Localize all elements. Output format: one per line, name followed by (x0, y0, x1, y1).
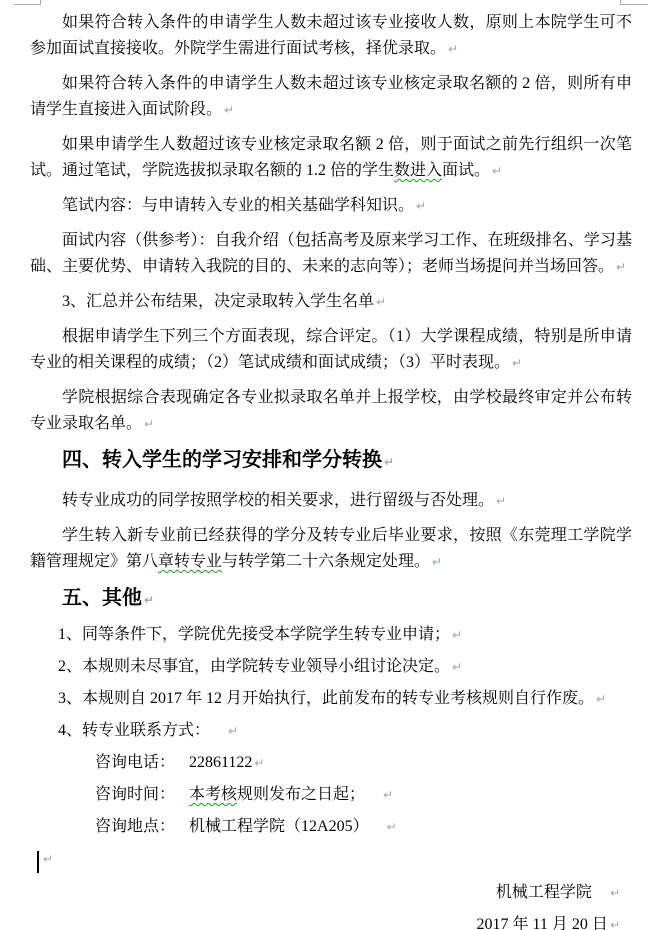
paragraph-mark-icon: ↵ (416, 199, 426, 213)
paragraph-mark-icon: ↵ (492, 164, 502, 178)
paragraph-text: 如果符合转入条件的申请学生人数未超过该专业核定录取名额的 2 倍，则所有申请学生… (30, 75, 632, 118)
text-boundary-mark-top-right (620, 0, 621, 5)
list-item-text: 1、同等条件下，学院优先接受本学院学生转专业申请； (58, 626, 450, 643)
contact-phone-line: 咨询电话：22861122↵ (30, 750, 632, 776)
paragraph-mark-icon: ↵ (496, 494, 506, 508)
paragraph-interview-content: 面试内容（供参考）：自我介绍（包括高考及原来学习工作、在班级排名、学习基础、主要… (30, 228, 632, 280)
paragraph-text: 根据申请学生下列三个方面表现，综合评定。（1）大学课程成绩，特别是所申请专业的相… (30, 328, 632, 371)
paragraph-written-test-content: 笔试内容：与申请转入专业的相关基础学科知识。↵ (30, 193, 632, 219)
contact-phone-number: 22861122 (189, 754, 252, 771)
contact-time-value: 规则发布之日起； (237, 786, 365, 803)
paragraph-text: 面试。 (442, 162, 490, 179)
paragraph-mark-icon: ↵ (448, 42, 458, 56)
paragraph-text: 笔试内容：与申请转入专业的相关基础学科知识。 (62, 197, 414, 214)
paragraph-mark-icon: ↵ (452, 628, 462, 642)
paragraph-quota-2x-under: 如果符合转入条件的申请学生人数未超过该专业核定录取名额的 2 倍，则所有申请学生… (30, 71, 632, 123)
paragraph-evaluation-criteria: 根据申请学生下列三个方面表现，综合评定。（1）大学课程成绩，特别是所申请专业的相… (30, 324, 632, 376)
list-item-text: 4、转专业联系方式： (58, 722, 210, 739)
signature-text: 机械工程学院 (496, 884, 592, 901)
text-boundary-mark-top-right (620, 4, 648, 5)
paragraph-text: 3、汇总并公布结果，决定录取转入学生名单 (62, 293, 374, 310)
paragraph-grade-retention: 转专业成功的同学按照学校的相关要求，进行留级与否处理。↵ (30, 488, 632, 514)
heading-section-4: 四、转入学生的学习安排和学分转换↵ (30, 446, 632, 476)
paragraph-mark-icon: ↵ (384, 455, 394, 469)
paragraph-credit-conversion: 学生转入新专业前已经获得的学分及转专业后毕业要求，按照《东莞理工学院学籍管理规定… (30, 523, 632, 575)
signature-date: 2017 年 11 月 20 日↵ (30, 912, 632, 930)
word-document-page[interactable]: 如果符合转入条件的申请学生人数未超过该专业接收人数，原则上本院学生可不参加面试直… (0, 0, 663, 930)
signature-date-text: 2017 年 11 月 20 日 (477, 916, 608, 930)
paragraph-text: 与转学第二十六条规定处理。 (222, 553, 430, 570)
paragraph-mark-icon: ↵ (254, 756, 264, 770)
paragraph-mark-icon: ↵ (144, 417, 154, 431)
paragraph-mark-icon: ↵ (610, 886, 620, 900)
paragraph-mark-icon: ↵ (610, 918, 620, 930)
contact-address-line: 咨询地点：机械工程学院（12A205）↵ (30, 814, 632, 840)
paragraph-text: 面试内容（供参考）：自我介绍（包括高考及原来学习工作、在班级排名、学习基础、主要… (30, 232, 632, 275)
grammar-underlined-text: 章转专业 (158, 553, 222, 570)
list-item-1: 1、同等条件下，学院优先接受本学院学生转专业申请；↵ (30, 622, 632, 648)
paragraph-mark-icon: ↵ (387, 820, 397, 834)
paragraph-final-list-approval: 学院根据综合表现确定各专业拟录取名单并上报学校，由学校最终审定并公布转专业录取名… (30, 385, 632, 437)
grammar-underlined-text: 本考核 (189, 786, 237, 803)
paragraph-mark-icon: ↵ (43, 852, 53, 866)
list-item-2: 2、本规则未尽事宜，由学院转专业领导小组讨论决定。↵ (30, 654, 632, 680)
heading-text: 四、转入学生的学习安排和学分转换 (62, 449, 382, 471)
paragraph-mark-icon: ↵ (432, 555, 442, 569)
paragraph-text: 如果申请学生人数超过该专业核定录取名额 2 倍，则于面试之前先行组织一次笔试。通… (30, 136, 632, 179)
paragraph-quota-2x-over: 如果申请学生人数超过该专业核定录取名额 2 倍，则于面试之前先行组织一次笔试。通… (30, 132, 632, 184)
paragraph-item3-publish-results: 3、汇总并公布结果，决定录取转入学生名单↵ (30, 289, 632, 315)
signature-organization: 机械工程学院↵ (30, 880, 632, 906)
heading-text: 五、其他 (62, 587, 142, 609)
contact-time-line: 咨询时间：本考核规则发布之日起；↵ (30, 782, 632, 808)
paragraph-mark-icon: ↵ (376, 295, 386, 309)
paragraph-transfer-accept: 如果符合转入条件的申请学生人数未超过该专业接收人数，原则上本院学生可不参加面试直… (30, 10, 632, 62)
paragraph-mark-icon: ↵ (512, 356, 522, 370)
heading-section-5: 五、其他↵ (30, 584, 632, 614)
paragraph-text: 转专业成功的同学按照学校的相关要求，进行留级与否处理。 (62, 492, 494, 509)
empty-paragraph-with-cursor: ↵ (30, 846, 632, 874)
paragraph-mark-icon: ↵ (144, 593, 154, 607)
text-cursor (37, 851, 39, 873)
paragraph-mark-icon: ↵ (383, 788, 393, 802)
grammar-underlined-text: 数进入 (394, 162, 442, 179)
contact-label: 咨询地点： (95, 818, 175, 835)
text-boundary-mark-top-left (40, 0, 41, 5)
text-boundary-mark-top-left (14, 4, 40, 5)
paragraph-mark-icon: ↵ (596, 692, 606, 706)
list-item-3: 3、本规则自 2017 年 12 月开始执行，此前发布的转专业考核规则自行作废。… (30, 686, 632, 712)
paragraph-mark-icon: ↵ (616, 260, 626, 274)
list-item-text: 3、本规则自 2017 年 12 月开始执行，此前发布的转专业考核规则自行作废。 (58, 690, 594, 707)
list-item-text: 2、本规则未尽事宜，由学院转专业领导小组讨论决定。 (58, 658, 450, 675)
paragraph-mark-icon: ↵ (224, 103, 234, 117)
paragraph-mark-icon: ↵ (452, 660, 462, 674)
list-item-4: 4、转专业联系方式：↵ (30, 718, 632, 744)
paragraph-mark-icon: ↵ (228, 724, 238, 738)
contact-address-value: 机械工程学院（12A205） (189, 818, 369, 835)
contact-label: 咨询时间： (95, 786, 175, 803)
contact-label: 咨询电话： (95, 754, 175, 771)
paragraph-text: 学院根据综合表现确定各专业拟录取名单并上报学校，由学校最终审定并公布转专业录取名… (30, 389, 632, 432)
paragraph-text: 如果符合转入条件的申请学生人数未超过该专业接收人数，原则上本院学生可不参加面试直… (30, 14, 632, 57)
